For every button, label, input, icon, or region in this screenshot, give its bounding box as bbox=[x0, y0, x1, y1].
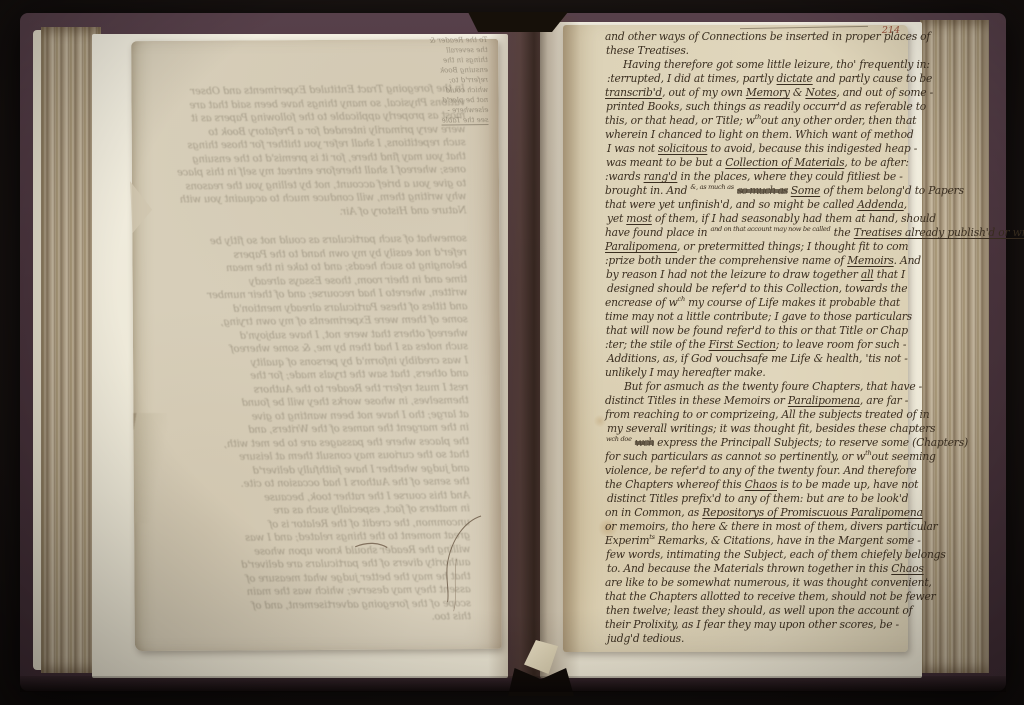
ink-stroke bbox=[740, 26, 868, 29]
manuscript-line: few words, intimating the Subject, each … bbox=[606, 548, 906, 562]
manuscript-line: to. And because the Materials thrown tog… bbox=[607, 562, 906, 576]
manuscript-line: from reaching to or comprizeing, All the… bbox=[605, 408, 906, 422]
manuscript-line: on in Common, as Repositorys of Promiscu… bbox=[605, 506, 906, 520]
manuscript-line: or memoirs, tho here & there in most of … bbox=[605, 520, 906, 534]
manuscript-line: yet most of them, if I had seasonably ha… bbox=[607, 212, 906, 226]
manuscript-line: But for asmuch as the twenty foure Chapt… bbox=[606, 380, 906, 394]
photo-of-open-manuscript-book: { "photo": { "description": "Photograph … bbox=[0, 0, 1024, 705]
right-manuscript-leaf: 214 and other ways of Connections be ins… bbox=[563, 25, 908, 652]
manuscript-line: :wards rang'd in the places, where they … bbox=[605, 170, 906, 184]
manuscript-line: wherein I chanced to light on them. Whic… bbox=[605, 128, 906, 142]
bleedthrough-layer: To the Reader &the severallthings in the… bbox=[130, 38, 504, 652]
manuscript-line: that the Chapters allotted to receive th… bbox=[605, 590, 906, 604]
manuscript-line: distinct Titles prefix'd to any of them:… bbox=[607, 492, 906, 506]
manuscript-line: unlikely I may hereafter make. bbox=[605, 366, 906, 380]
manuscript-line: :prize both under the comprehensive name… bbox=[605, 254, 906, 268]
left-manuscript-leaf: To the Reader &the severallthings in the… bbox=[131, 39, 502, 651]
manuscript-line: distinct Titles in these Memoirs or Para… bbox=[605, 394, 906, 408]
manuscript-line: my severall writings; it was thought fit… bbox=[607, 422, 906, 436]
manuscript-line: by reason I had not the leizure to draw … bbox=[606, 268, 906, 282]
manuscript-line: for such particulars as cannot so pertin… bbox=[605, 450, 906, 464]
manuscript-line: and other ways of Connections be inserte… bbox=[605, 30, 906, 44]
bleedthrough-paragraph: In the foregoing Tract Entituled Experim… bbox=[145, 82, 467, 221]
manuscript-line: Having therefore got some little leizure… bbox=[605, 58, 906, 72]
manuscript-line: these Treatises. bbox=[606, 44, 906, 58]
manuscript-line: have found place in and on that account … bbox=[605, 226, 906, 240]
manuscript-text: and other ways of Connections be inserte… bbox=[605, 30, 906, 646]
bleedthrough-paragraph: somewhat of such particulars as could no… bbox=[147, 232, 471, 627]
manuscript-line: transcrib'd, out of my own Memory & Note… bbox=[605, 86, 906, 100]
manuscript-line: Additions, as, if God vouchsafe me Life … bbox=[607, 352, 906, 366]
gutter-shadow-top bbox=[468, 12, 568, 32]
manuscript-line: violence, be refer'd to any of the twent… bbox=[605, 464, 906, 478]
manuscript-line: printed Books, such things as readily oc… bbox=[606, 100, 906, 114]
manuscript-line: their Prolixity, as I fear they may upon… bbox=[605, 618, 906, 632]
manuscript-line: are like to be somewhat numerous, it was… bbox=[605, 576, 906, 590]
manuscript-line: designed should be refer'd to this Colle… bbox=[607, 282, 906, 296]
manuscript-line: judg'd tedious. bbox=[607, 632, 906, 646]
manuscript-line: :terrupted, I did at times, partly dicta… bbox=[607, 72, 906, 86]
bottom-shadow bbox=[20, 676, 1006, 692]
manuscript-line: encrease of wch my course of Life makes … bbox=[605, 296, 906, 310]
manuscript-line: time may not a little contribute; I gave… bbox=[605, 310, 906, 324]
manuscript-line: that will now be found refer'd to this o… bbox=[606, 324, 906, 338]
manuscript-line: the Chapters whereof this Chaos is to be… bbox=[605, 478, 906, 492]
manuscript-line: I was not solicitous to avoid, because t… bbox=[607, 142, 906, 156]
bleedthrough-text: In the foregoing Tract Entituled Experim… bbox=[145, 82, 471, 642]
manuscript-line: was meant to be but a Collection of Mate… bbox=[606, 156, 906, 170]
manuscript-line: Experimts Remarks, & Citations, have in … bbox=[605, 534, 906, 548]
manuscript-line: this, or that head, or Title; wthout any… bbox=[605, 114, 906, 128]
manuscript-line: that were yet unfinish'd, and so might b… bbox=[605, 198, 906, 212]
manuscript-line: then twelve; least they should, as well … bbox=[606, 604, 906, 618]
manuscript-line: brought in. And &, as much as so much as… bbox=[605, 184, 906, 198]
manuscript-line: wch doe wch express the Principall Subje… bbox=[606, 436, 906, 450]
manuscript-line: Paralipomena, or pretermitted things; I … bbox=[605, 240, 906, 254]
manuscript-line: :ter; the stile of the First Section; to… bbox=[605, 338, 906, 352]
